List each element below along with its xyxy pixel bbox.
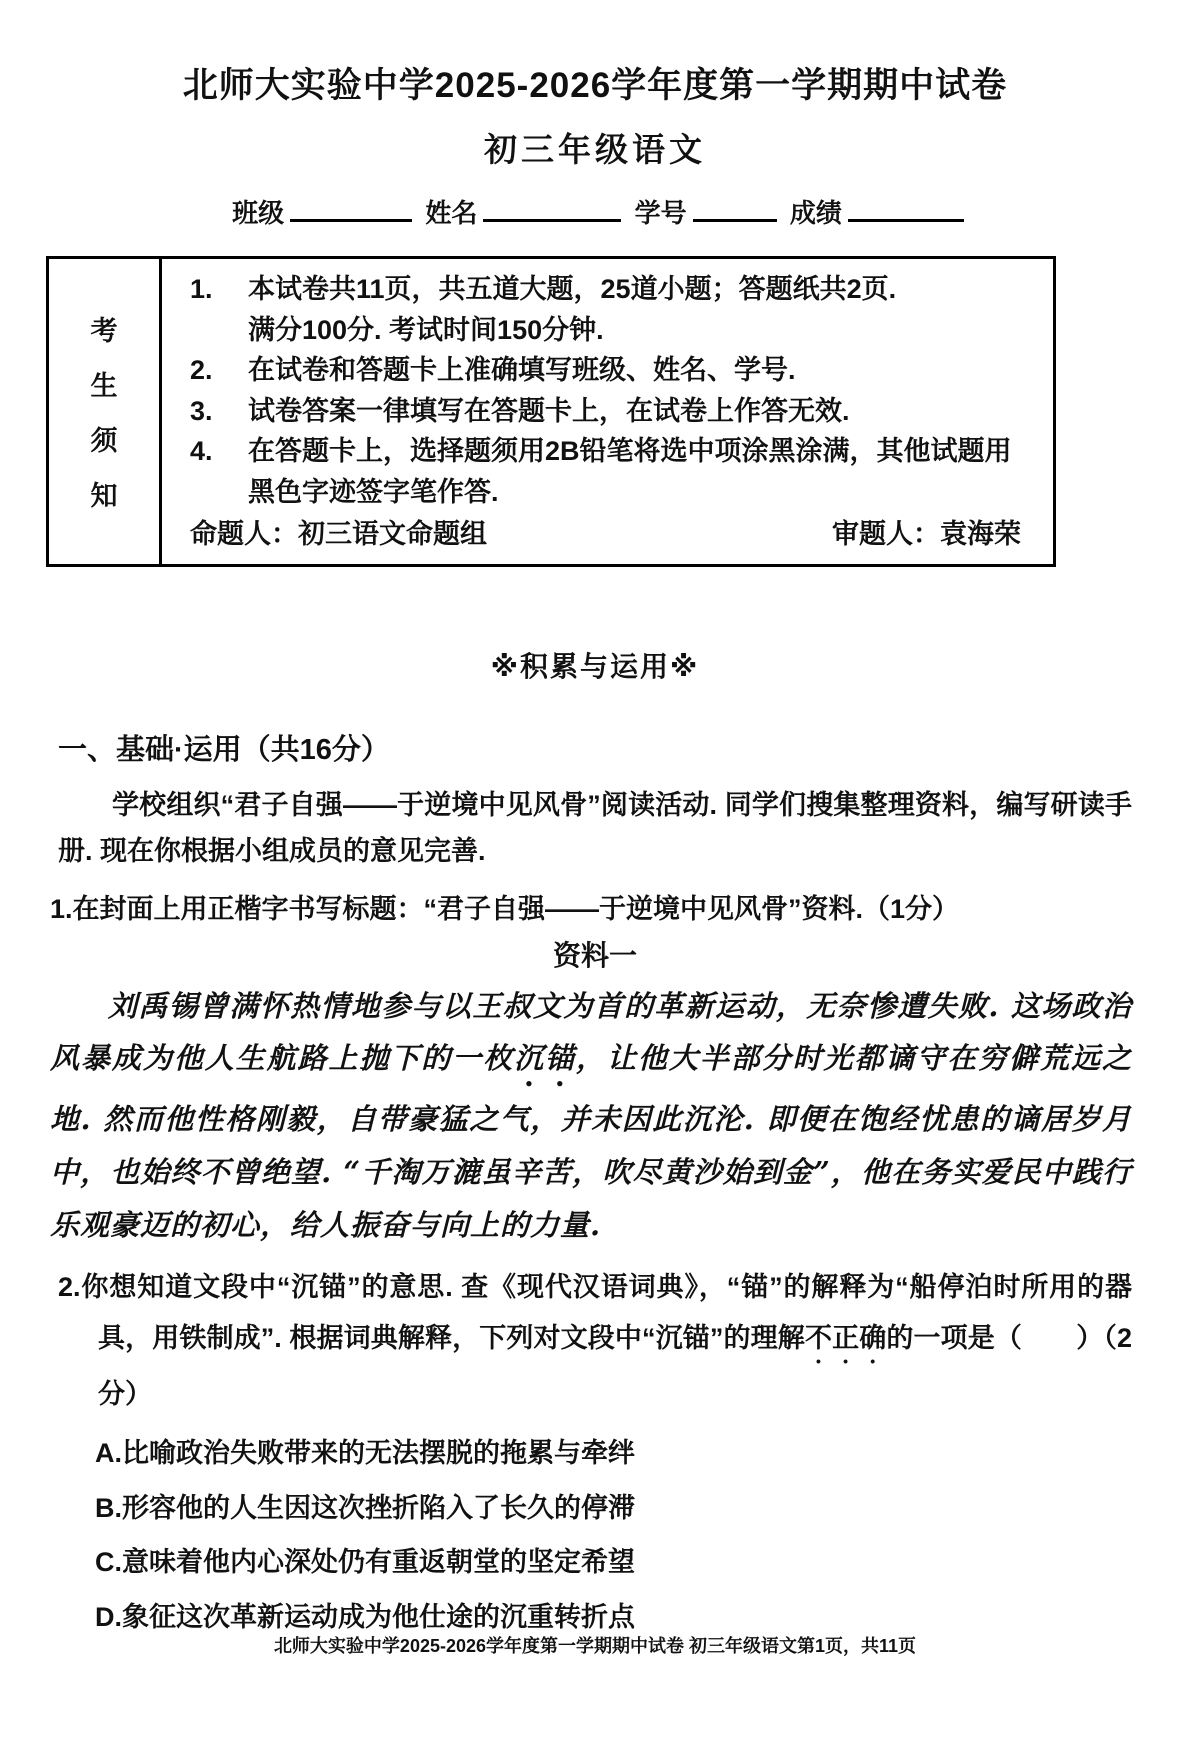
question-1: 1.在封面上用正楷字书写标题：“君子自强——于逆境中见风骨”资料.（1分）: [50, 887, 1132, 926]
option-a-label: A.: [95, 1438, 122, 1468]
student-id-blank: [693, 193, 777, 222]
name-label: 姓名: [425, 198, 477, 228]
notice-item-number: 4.: [190, 431, 248, 512]
question-setter-label: 命题人：初三语文命题组: [190, 514, 487, 556]
notice-side-char: 须: [91, 419, 118, 458]
option-b: B.形容他的人生因这次挫折陷入了长久的停滞: [95, 1481, 1132, 1536]
page-footer: 北师大实验中学2025-2026学年度第一学期期中试卷 初三年级语文第1页，共1…: [0, 1632, 1190, 1658]
section-banner: ※积累与运用※: [58, 645, 1132, 685]
reviewer-label: 审题人：袁海荣: [832, 514, 1021, 556]
notice-item-line: 在答题卡上，选择题须用2B铅笔将选中项涂黑涂满，其他试题用: [248, 431, 1035, 472]
notice-item-line: 试卷答案一律填写在答题卡上，在试卷上作答无效.: [248, 391, 1035, 432]
notice-footer-row: 命题人：初三语文命题组 审题人：袁海荣: [190, 514, 1035, 556]
option-a-text: 比喻政治失败带来的无法摆脱的拖累与牵绊: [122, 1438, 635, 1468]
material-1-label: 资料一: [58, 934, 1132, 974]
page-title: 北师大实验中学2025-2026学年度第一学期期中试卷: [58, 58, 1132, 108]
notice-side-char: 生: [91, 364, 118, 403]
class-label: 班级: [232, 198, 284, 228]
notice-item-2: 2. 在试卷和答题卡上准确填写班级、姓名、学号.: [190, 350, 1035, 391]
option-b-text: 形容他的人生因这次挫折陷入了长久的停滞: [122, 1493, 635, 1523]
notice-main: 1. 本试卷共11页，共五道大题，25道小题；答题纸共2页. 满分100分. 考…: [162, 259, 1053, 564]
notice-item-line: 满分100分. 考试时间150分钟.: [248, 310, 1035, 351]
intro-paragraph: 学校组织“君子自强——于逆境中见风骨”阅读活动. 同学们搜集整理资料，编写研读手…: [58, 782, 1132, 875]
option-b-label: B.: [95, 1493, 122, 1523]
notice-item-line: 在试卷和答题卡上准确填写班级、姓名、学号.: [248, 350, 1035, 391]
question-2: 2.你想知道文段中“沉锚”的意思. 查《现代汉语词典》，“锚”的解释为“船停泊时…: [58, 1262, 1132, 1421]
score-label: 成绩: [790, 198, 842, 228]
option-a: A.比喻政治失败带来的无法摆脱的拖累与牵绊: [95, 1426, 1132, 1481]
student-id-label: 学号: [635, 198, 687, 228]
notice-box: 考 生 须 知 1. 本试卷共11页，共五道大题，25道小题；答题纸共2页. 满…: [46, 256, 1056, 567]
notice-item-line: 本试卷共11页，共五道大题，25道小题；答题纸共2页.: [248, 269, 1035, 310]
page-subtitle: 初三年级语文: [58, 124, 1132, 171]
exam-paper-page: 北师大实验中学2025-2026学年度第一学期期中试卷 初三年级语文 班级 姓名…: [0, 0, 1190, 1750]
notice-item-number: 1.: [190, 269, 248, 350]
option-d-text: 象征这次革新运动成为他仕途的沉重转折点: [122, 1602, 635, 1632]
option-c: C.意味着他内心深处仍有重返朝堂的坚定希望: [95, 1535, 1132, 1590]
name-blank: [483, 193, 621, 222]
option-d-label: D.: [95, 1602, 122, 1632]
question-2-emphasized-term: 不正确: [805, 1323, 886, 1353]
notice-item-number: 2.: [190, 350, 248, 391]
question-2-options: A.比喻政治失败带来的无法摆脱的拖累与牵绊 B.形容他的人生因这次挫折陷入了长久…: [95, 1426, 1132, 1644]
notice-item-line: 黑色字迹签字笔作答.: [248, 472, 1035, 513]
notice-side-label: 考 生 须 知: [49, 259, 162, 564]
notice-item-number: 3.: [190, 391, 248, 432]
option-c-text: 意味着他内心深处仍有重返朝堂的坚定希望: [122, 1547, 635, 1577]
notice-item-4: 4. 在答题卡上，选择题须用2B铅笔将选中项涂黑涂满，其他试题用 黑色字迹签字笔…: [190, 431, 1035, 512]
notice-side-char: 知: [91, 474, 118, 513]
part1-heading: 一、基础·运用（共16分）: [58, 727, 1132, 768]
option-c-label: C.: [95, 1547, 122, 1577]
material-1-text: 刘禹锡曾满怀热情地参与以王叔文为首的革新运动，无奈惨遭失败. 这场政治风暴成为他…: [50, 980, 1132, 1252]
student-info-row: 班级 姓名 学号 成绩: [58, 193, 1132, 230]
notice-item-3: 3. 试卷答案一律填写在答题卡上，在试卷上作答无效.: [190, 391, 1035, 432]
score-blank: [848, 193, 964, 222]
notice-side-char: 考: [91, 309, 118, 348]
class-blank: [290, 193, 412, 222]
notice-item-1: 1. 本试卷共11页，共五道大题，25道小题；答题纸共2页. 满分100分. 考…: [190, 269, 1035, 350]
material-emphasized-term: 沉锚: [514, 1041, 576, 1075]
